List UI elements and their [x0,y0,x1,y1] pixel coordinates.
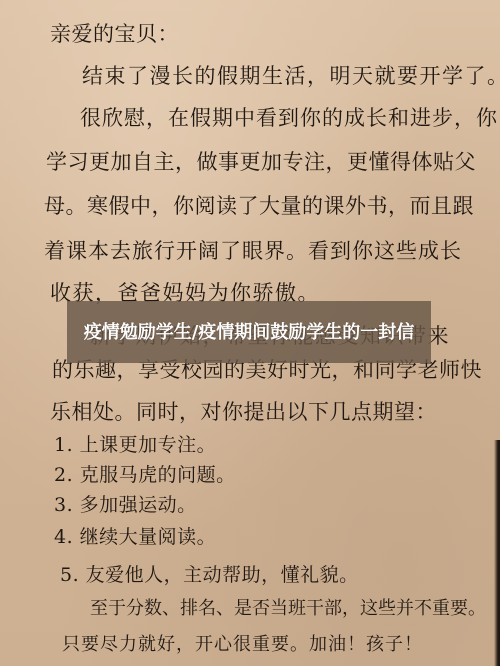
letter-closing: 只要尽力就好，开心很重要。加油！孩子！ [62,636,423,654]
letter-line: 的乐趣，享受校园的美好时光，和同学老师快 [52,360,482,381]
letter-line: 母。寒假中，你阅读了大量的课外书，而且跟 [44,196,474,217]
letter-list-item: 5. 友爱他人，主动帮助，懂礼貌。 [60,566,359,585]
paper-edge-shadow [494,440,500,666]
letter-line: 很欣慰，在假期中看到你的成长和进步，你 [80,108,498,129]
letter-list-item: 1. 上课更加专注。 [54,436,216,455]
letter-line: 至于分数、排名、是否当班干部，这些并不重要。 [90,600,486,618]
letter-greeting: 亲爱的宝贝： [50,24,179,45]
letter-line: 结束了漫长的假期生活，明天就要开学了。 [82,66,500,87]
letter-list-item: 3. 多加强运动。 [54,496,197,515]
letter-list-item: 4. 继续大量阅读。 [54,528,216,547]
caption-title: 疫情勉励学生/疫情期间鼓励学生的一封信 [79,321,419,344]
letter-line: 着课本去旅行开阔了眼界。看到你这些成长 [44,241,462,262]
letter-list-item: 2. 克服马虎的问题。 [54,466,236,485]
letter-line: 乐相处。同时，对你提出以下几点期望： [50,402,437,423]
letter-line: 学习更加自主，做事更加专注，更懂得体贴父 [46,152,476,173]
caption-overlay: 疫情勉励学生/疫情期间鼓励学生的一封信 [67,301,431,363]
